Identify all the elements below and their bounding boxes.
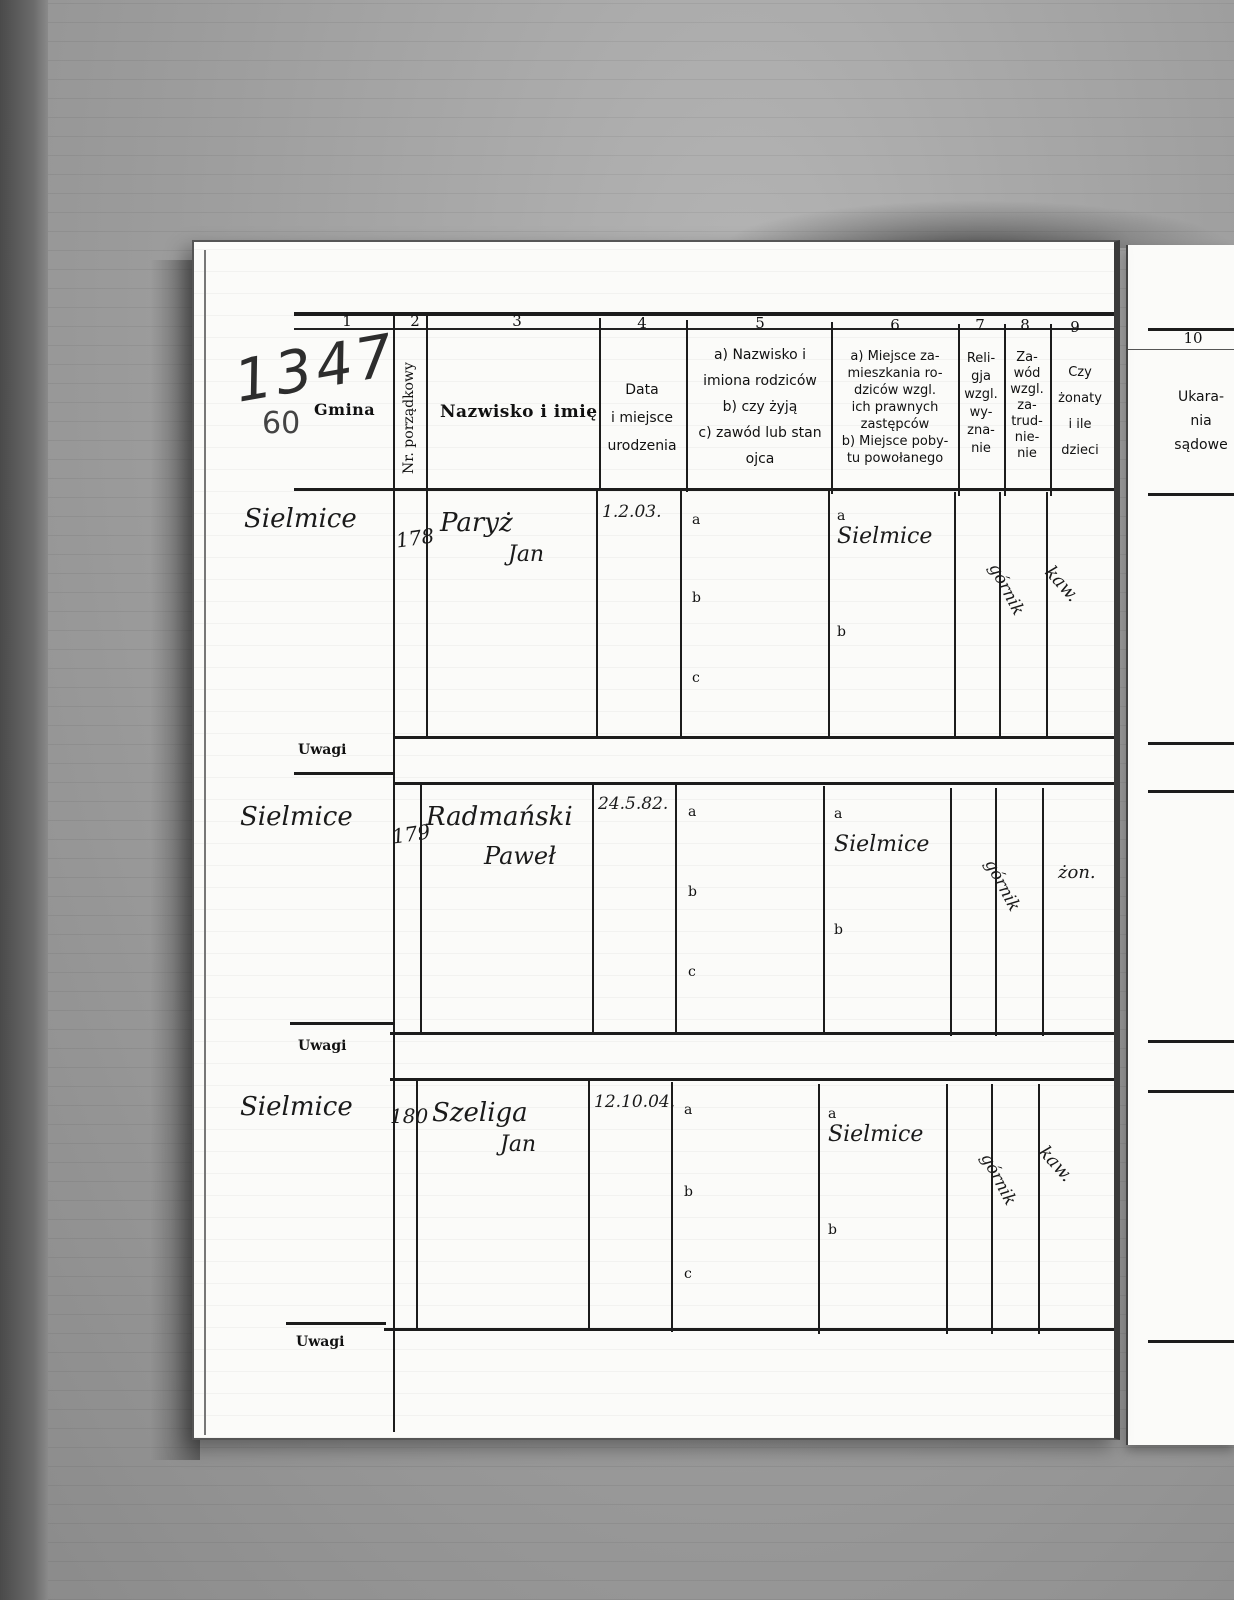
column-header-marital: Czy żonaty i ile dzieci	[1050, 360, 1110, 464]
rule	[1148, 1090, 1234, 1093]
column-header-10: Ukara- nia sądowe	[1156, 385, 1234, 457]
header-line: zna-	[958, 422, 1004, 440]
parents-residence: Sielmice	[828, 1122, 923, 1147]
sub-label-b: b	[828, 1222, 837, 1238]
header-line: nie-	[1004, 430, 1050, 446]
page-number: 60	[262, 406, 300, 441]
divider	[823, 786, 825, 1034]
entry-bottom-rule	[384, 1328, 1114, 1331]
marital-status: żon.	[1058, 862, 1096, 883]
sub-label-a: a	[834, 806, 842, 822]
remarks-bottom-rule	[390, 1078, 1114, 1081]
rule	[1148, 1340, 1234, 1343]
header-line: wód	[1004, 366, 1050, 382]
occupation: górnik	[984, 560, 1028, 619]
header-line: b) czy żyją	[688, 394, 832, 420]
occupation: górnik	[980, 856, 1024, 915]
header-line: wy-	[958, 404, 1004, 422]
divider	[675, 784, 677, 1032]
gmina: Sielmice	[244, 504, 357, 534]
entry-number: 178	[395, 523, 436, 552]
sub-label-c: c	[692, 670, 700, 686]
divider	[818, 1084, 820, 1334]
page-border	[204, 250, 206, 1435]
adjacent-page: 10 Ukara- nia sądowe	[1126, 245, 1234, 1445]
birth-date: 1.2.03.	[602, 502, 661, 522]
divider	[592, 784, 594, 1032]
given-name: Jan	[508, 542, 544, 567]
header-line: sądowe	[1156, 433, 1234, 457]
divider	[995, 788, 997, 1036]
column-number-10: 10	[1178, 329, 1208, 347]
archive-number: 1347	[229, 320, 402, 415]
header-line: zastępców	[830, 416, 960, 433]
rule	[1148, 790, 1234, 793]
rule	[1128, 349, 1234, 350]
header-line: żonaty	[1050, 386, 1110, 412]
given-name: Jan	[500, 1132, 536, 1157]
header-line: dziców wzgl.	[830, 382, 960, 399]
remarks-label: Uwagi	[296, 1334, 344, 1350]
remarks-rule	[286, 1322, 386, 1325]
birth-date: 12.10.04.	[594, 1092, 675, 1112]
marital-status: kaw.	[1034, 1142, 1077, 1186]
header-line: trud-	[1004, 414, 1050, 430]
column-number-9: 9	[1060, 318, 1090, 336]
rule	[1148, 1040, 1234, 1043]
divider	[671, 1082, 673, 1332]
header-line: b) Miejsce poby-	[830, 433, 960, 450]
column-number-7: 7	[965, 316, 995, 334]
header-line: i ile	[1050, 412, 1110, 438]
sub-label-a: a	[688, 804, 696, 820]
column-header-religion: Reli- gja wzgl. wy- zna- nie	[958, 350, 1004, 458]
header-line: imiona rodziców	[688, 368, 832, 394]
header-line: Data	[590, 376, 694, 404]
header-line: Ukara-	[1156, 385, 1234, 409]
remarks-label: Uwagi	[298, 742, 346, 758]
column-number-8: 8	[1010, 316, 1040, 334]
column-header-birth: Data i miejsce urodzenia	[590, 376, 694, 460]
column-number-4: 4	[627, 314, 657, 332]
sub-label-b: b	[688, 884, 697, 900]
birth-date: 24.5.82.	[598, 794, 668, 814]
divider	[1046, 492, 1048, 738]
column-divider-1-2	[393, 314, 395, 1432]
register-page: 1 2 3 4 5 6 7 8 9 Gmina Nr. porządkowy N…	[192, 240, 1120, 1440]
header-line: Za-	[1004, 350, 1050, 366]
surname: Radmański	[426, 802, 573, 832]
parents-residence: Sielmice	[837, 524, 932, 549]
header-line: ich prawnych	[830, 399, 960, 416]
header-line: mieszkania ro-	[830, 365, 960, 382]
column-number-5: 5	[745, 314, 775, 332]
scanner-edge	[0, 0, 48, 1600]
header-line: dzieci	[1050, 438, 1110, 464]
given-name: Paweł	[484, 842, 556, 870]
divider	[680, 490, 682, 736]
column-header-gmina: Gmina	[314, 400, 375, 419]
column-header-residence: a) Miejsce za- mieszkania ro- dziców wzg…	[830, 348, 960, 467]
sub-label-a: a	[684, 1102, 692, 1118]
header-line: i miejsce	[590, 404, 694, 432]
column-header-occupation: Za- wód wzgl. za- trud- nie- nie	[1004, 350, 1050, 462]
sub-label-c: c	[684, 1266, 692, 1282]
column-divider-2-3	[426, 316, 428, 488]
sub-label-a: a	[828, 1106, 836, 1122]
occupation: górnik	[976, 1150, 1020, 1209]
sub-label-c: c	[688, 964, 696, 980]
divider	[991, 1084, 993, 1334]
gmina: Sielmice	[240, 1092, 353, 1122]
rule	[1148, 742, 1234, 745]
header-line: a) Miejsce za-	[830, 348, 960, 365]
entry-bottom-rule	[390, 1032, 1114, 1035]
remarks-rule	[290, 1022, 394, 1025]
remarks-rule	[294, 772, 394, 775]
header-line: Reli-	[958, 350, 1004, 368]
header-line: gja	[958, 368, 1004, 386]
divider	[950, 788, 952, 1036]
entry-number: 180	[390, 1104, 428, 1128]
divider	[999, 492, 1001, 738]
divider	[1042, 788, 1044, 1036]
divider	[1038, 1084, 1040, 1334]
header-line: wzgl.	[958, 386, 1004, 404]
parents-residence: Sielmice	[834, 832, 929, 857]
entry-bottom-rule	[394, 736, 1114, 739]
header-line: za-	[1004, 398, 1050, 414]
header-bottom-rule	[294, 488, 1114, 491]
rule	[1148, 493, 1234, 496]
header-line: ojca	[688, 446, 832, 472]
gmina: Sielmice	[240, 802, 353, 832]
header-line: wzgl.	[1004, 382, 1050, 398]
sub-label-b: b	[834, 922, 843, 938]
column-header-nr: Nr. porządkowy	[401, 362, 417, 474]
column-header-name: Nazwisko i imię	[440, 402, 598, 422]
column-header-parents: a) Nazwisko i imiona rodziców b) czy żyj…	[688, 342, 832, 472]
divider	[954, 492, 956, 738]
sub-label-b: b	[684, 1184, 693, 1200]
divider	[828, 490, 830, 736]
header-line: nia	[1156, 409, 1234, 433]
sub-label-b: b	[837, 624, 846, 640]
header-line: c) zawód lub stan	[688, 420, 832, 446]
divider	[588, 1080, 590, 1330]
header-line: nie	[1004, 446, 1050, 462]
column-number-3: 3	[502, 312, 532, 330]
surname: Szeliga	[432, 1098, 528, 1128]
header-line: a) Nazwisko i	[688, 342, 832, 368]
header-line: nie	[958, 440, 1004, 458]
header-line: tu powołanego	[830, 450, 960, 467]
divider	[946, 1084, 948, 1334]
remarks-bottom-rule	[394, 782, 1114, 785]
column-number-6: 6	[880, 316, 910, 334]
header-line: urodzenia	[590, 432, 694, 460]
remarks-label: Uwagi	[298, 1038, 346, 1054]
surname: Paryż	[440, 508, 513, 538]
sub-label-a: a	[692, 512, 700, 528]
divider	[596, 490, 598, 736]
sub-label-b: b	[692, 590, 701, 606]
sub-label-a: a	[837, 508, 845, 524]
header-line: Czy	[1050, 360, 1110, 386]
